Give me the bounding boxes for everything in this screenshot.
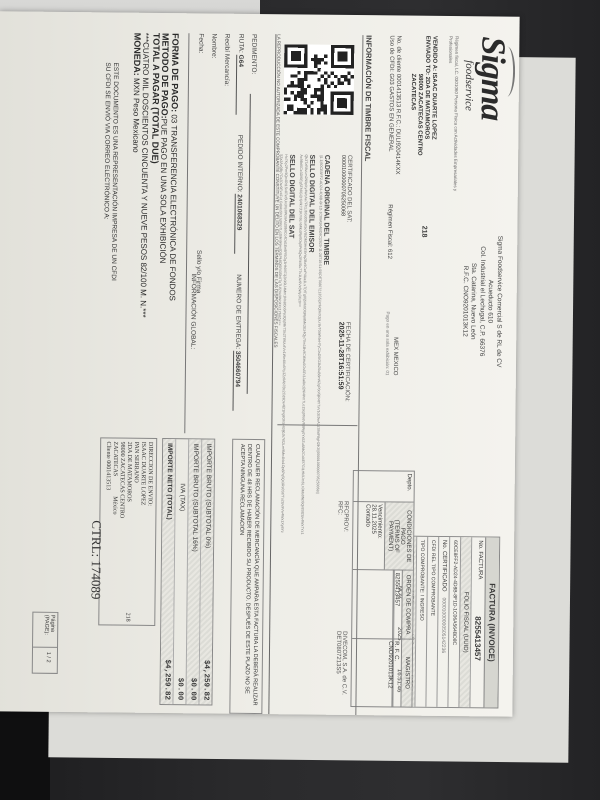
total-label: IVA (TAX) [177, 443, 186, 511]
order-label: ORDEN DE COMPRA [401, 571, 413, 638]
pedimento-label: PEDIMENTO: [250, 34, 257, 74]
voucher-label: CFDI REL TIPO COMPROBANTE [427, 537, 438, 619]
brand-subtitle: foodservice [463, 60, 476, 111]
payment-cash: Contado [364, 504, 371, 567]
delivery-number-label: NUMERO DE ENTREGA: [234, 274, 242, 349]
pedimento-value [247, 94, 257, 394]
invoice-number-label: No. FACTURA [471, 537, 485, 613]
page-label: Página (PAGE): [33, 613, 57, 648]
page-value: 1 / 2 [33, 648, 57, 667]
invoice-number: 8255413457 [471, 613, 485, 664]
internal-order-label: PEDIDO INTERNO: [236, 135, 244, 193]
invoice-document: Sigma foodservice Sigma Foodservice Come… [0, 11, 520, 716]
claim-notice: CUALQUIER RECLAMACIÓN DE MERCANCÍA QUE A… [230, 439, 265, 714]
delivery-block: PEDIMENTO: RUTA: G64 PEDIDO INTERNO: 240… [187, 33, 257, 414]
cfdi-use: Uso de CFDI: G03 GASTOS EN GENERAL [386, 35, 394, 151]
payment-conditions-box: Depto. CONDICIONES DE PAGO (TERMS OF PAY… [350, 470, 414, 708]
totals-box: IMPORTE BRUTO (SUBTOTAL 0%)$4,259.82 IMP… [159, 438, 215, 706]
payment-form-label: FORMA DE PAGO: [170, 33, 181, 112]
document-footer: ESTE DOCUMENTO ES UNA REPRESENTACIÓN IMP… [99, 62, 119, 442]
payment-form-value: 03 TRANSFERENCIA ELECTRÓNICA DE FONDOS [168, 114, 179, 301]
shipping-line: ZACATECAS [111, 441, 118, 476]
rfc-pac-label: RFCPROV: [342, 501, 348, 532]
buyer-label: MAGISTRO [400, 639, 412, 706]
pac-name: DIVECOM, S.A. de C.V. [341, 631, 348, 695]
total-due-label: TOTAL A PAGAR (TOTAL DUE) [150, 33, 161, 164]
order-number: 8255413457 [391, 571, 402, 638]
total-label: IMPORTE NETO (TOTAL) [164, 443, 173, 520]
received-label: Recibí Mercancía: [223, 34, 231, 86]
issuer-info: Sigma Foodservice Comercial S de RL de C… [459, 216, 503, 386]
cert-date: 2025-11-28T16:51:59 [337, 322, 345, 402]
total-label: IMPORTE BRUTO (SUBTOTAL 0%) [203, 443, 212, 548]
sat-cert-label: CERTIFICADO DEL SAT: [345, 155, 352, 223]
page-indicator: Página (PAGE): 1 / 2 [32, 612, 59, 674]
customer-street-number: 218 [420, 226, 427, 238]
fiscal-folio: 60CE8FF2-AD24-4D8B-8F1D-1C06A564BD8C [449, 537, 460, 648]
original-chain-block: CADENA ORIGINAL DEL TIMBRE ||1.1|60CE8FF… [275, 154, 330, 535]
certificate-label: No. CERTIFICADO [439, 537, 450, 595]
control-number: CTRL: 174089 [88, 520, 105, 599]
global-info-label: INFORMACIÓN GLOBAL: [189, 273, 197, 349]
date-label: Fecha: [197, 33, 204, 53]
stamp-section-title: INFORMACIÓN DE TIMBRE FISCAL [363, 35, 373, 161]
payment-block: FORMA DE PAGO: 03 TRANSFERENCIA ELECTRÓN… [128, 33, 180, 453]
sat-cert: 00001000000705250068 [339, 155, 346, 223]
fiscal-folio-label: FOLIO FISCAL (UUID) [459, 537, 471, 707]
qr-code [284, 44, 355, 115]
regimen: Régimen Fiscal: 612 [385, 204, 393, 259]
department-label: Depto. [354, 471, 414, 503]
internal-order-value: 2401068329 [234, 194, 243, 254]
delivery-number-value: 3504660794 [233, 351, 242, 411]
route-label: RUTA: [237, 34, 244, 53]
customer-fiscal-block: No. de cliente 0001413513 R.F.C.: DULI92… [383, 35, 401, 415]
name-label: Nombre: [210, 34, 217, 59]
issuer-address: Col. Industrial el Lechugal, C.P. 66376 [476, 216, 486, 386]
conditions-label-en: (TERMS OF PAYMENT) [387, 504, 400, 567]
shipping-address: DIRECCION DE ENVIO: ISAAC DUARTE LOPEZ P… [98, 437, 157, 626]
voucher-type: TIPO COMPROBANTE: I INGRESO [416, 537, 427, 624]
total-amount: $0.00 [175, 678, 183, 701]
due-date: Vencimiento: 28.11.2025 [370, 504, 383, 567]
issuer-rfc: R.F.C. CNO9201013K12 [459, 216, 469, 386]
total-amount: $0.00 [188, 678, 196, 701]
issuer-address: Sta. Catarina, Nuevo León [468, 216, 478, 386]
brand-logo: Sigma [473, 36, 512, 120]
total-amount: $4,259.82 [201, 660, 209, 701]
total-label: IMPORTE BRUTO (SUBTOTAL 16%) [190, 443, 199, 551]
issuer-rfc-box: R. F. C. CNO9201013K12 [384, 639, 401, 706]
client-line: No. de cliente 0001413513 R.F.C.: DULI92… [393, 35, 401, 174]
cert-date-label: FECHA DE CERTIFICACIÓN: [344, 322, 351, 402]
issuer-name: Sigma Foodservice Comercial S de RL de C… [493, 216, 503, 386]
invoice-title: FACTURA (INVOICE) [483, 537, 499, 707]
certificate-number: 00001000000505142236 [438, 594, 449, 656]
conditions-label: CONDICIONES DE PAGO [399, 505, 412, 568]
route-value: G64 [236, 55, 245, 115]
currency-value: MXN Peso Mexicano [131, 78, 141, 153]
payment-method-label: METODO DE PAGO: [160, 33, 171, 119]
grand-total-amount: $4,259.82 [162, 660, 170, 701]
payment-form-short: Pago en una sola exhibición: 01 [384, 312, 392, 376]
customer-country: MEX MEXICO [391, 337, 398, 375]
shipping-number: 218 [123, 613, 130, 622]
shipping-country: México [110, 496, 117, 514]
fiscal-fine-print: Régimen fiscal, LC. 0301060 Persona Físi… [446, 36, 460, 216]
currency-label: MONEDA: [132, 33, 142, 76]
customer-block: VENDIDO A: ISAAC DUARTE LOPEZ ENVIADO TO… [407, 36, 437, 236]
